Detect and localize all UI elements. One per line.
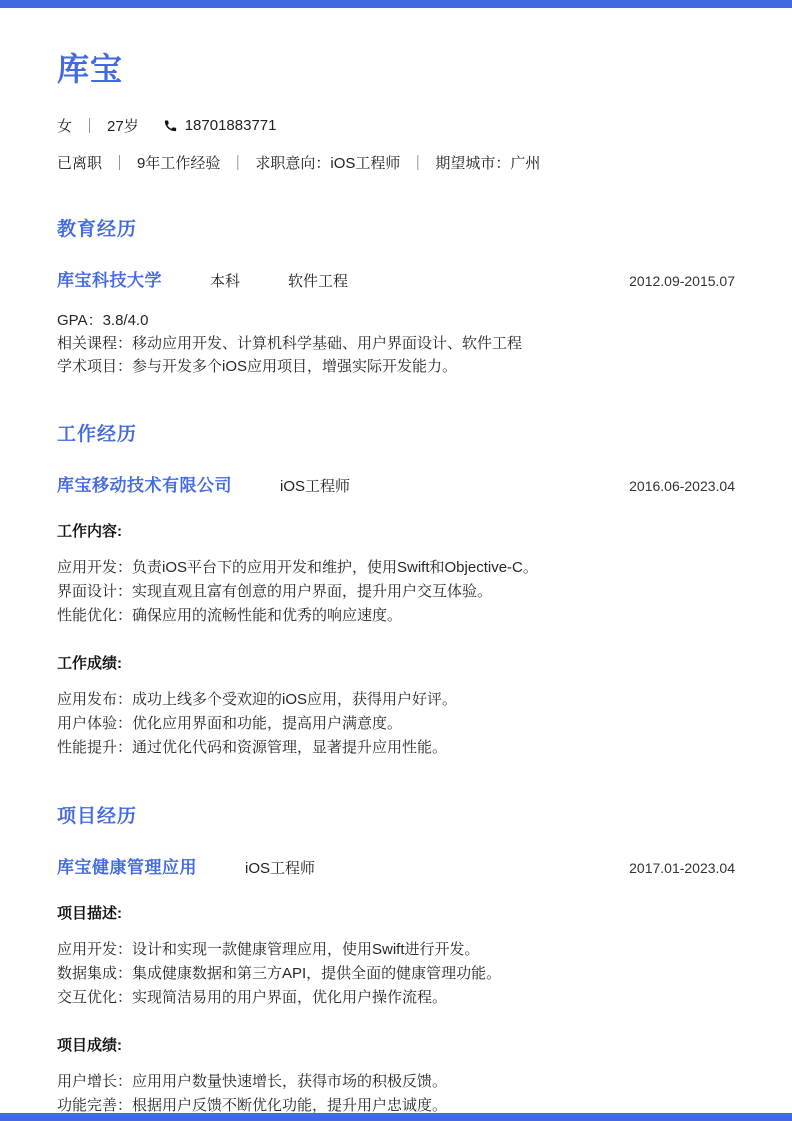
major-value: 软件工程 (288, 270, 348, 291)
resume-page: 库宝 女 ｜ 27岁 18701883771 已离职 ｜ 9年工作经验 ｜ 求职… (0, 0, 792, 1118)
section-title-work: 工作经历 (57, 423, 735, 447)
resume-content: 库宝 女 ｜ 27岁 18701883771 已离职 ｜ 9年工作经验 ｜ 求职… (0, 0, 792, 1118)
work-result-details: 应用发布：成功上线多个受欢迎的iOS应用，获得用户好评。 用户体验：优化应用界面… (57, 688, 735, 760)
education-detail-courses: 相关课程：移动应用开发、计算机科学基础、用户界面设计、软件工程 (57, 332, 735, 355)
work-result-item: 性能提升：通过优化代码和资源管理，显著提升应用性能。 (57, 736, 735, 760)
project-section: 项目经历 库宝健康管理应用 iOS工程师 2017.01-2023.04 项目描… (57, 805, 735, 1118)
project-entry-row: 库宝健康管理应用 iOS工程师 2017.01-2023.04 (57, 853, 735, 878)
work-content-item: 应用开发：负责iOS平台下的应用开发和维护，使用Swift和Objective-… (57, 556, 735, 580)
bottom-accent-bar (0, 1113, 792, 1121)
project-result-label: 项目成绩: (57, 1034, 735, 1055)
basic-info-line: 女 ｜ 27岁 18701883771 (57, 115, 735, 136)
section-title-education: 教育经历 (57, 218, 735, 242)
work-result-label: 工作成绩: (57, 652, 735, 673)
work-role: iOS工程师 (280, 475, 350, 496)
project-result-details: 用户增长：应用用户数量快速增长，获得市场的积极反馈。 功能完善：根据用户反馈不断… (57, 1070, 735, 1118)
phone-block: 18701883771 (163, 117, 277, 134)
separator: ｜ (230, 152, 245, 173)
work-content-details: 应用开发：负责iOS平台下的应用开发和维护，使用Swift和Objective-… (57, 556, 735, 628)
top-accent-bar (0, 0, 792, 8)
education-section: 教育经历 库宝科技大学 本科 软件工程 2012.09-2015.07 GPA：… (57, 218, 735, 378)
separator: ｜ (112, 152, 127, 173)
education-detail-gpa: GPA：3.8/4.0 (57, 309, 735, 332)
separator: ｜ (82, 115, 97, 136)
degree-value: 本科 (210, 270, 240, 291)
work-section: 工作经历 库宝移动技术有限公司 iOS工程师 2016.06-2023.04 工… (57, 423, 735, 760)
project-result-item: 用户增长：应用用户数量快速增长，获得市场的积极反馈。 (57, 1070, 735, 1094)
gender-value: 女 (57, 115, 72, 136)
project-role: iOS工程师 (245, 857, 315, 878)
project-desc-label: 项目描述: (57, 902, 735, 923)
experience-years: 9年工作经验 (137, 152, 220, 173)
phone-icon (163, 118, 178, 133)
separator: ｜ (410, 152, 425, 173)
project-period: 2017.01-2023.04 (629, 860, 735, 876)
education-details: GPA：3.8/4.0 相关课程：移动应用开发、计算机科学基础、用户界面设计、软… (57, 309, 735, 378)
project-name: 库宝健康管理应用 (57, 853, 197, 878)
work-period: 2016.06-2023.04 (629, 478, 735, 494)
work-entry-row: 库宝移动技术有限公司 iOS工程师 2016.06-2023.04 (57, 471, 735, 496)
work-result-item: 应用发布：成功上线多个受欢迎的iOS应用，获得用户好评。 (57, 688, 735, 712)
section-title-project: 项目经历 (57, 805, 735, 829)
education-entry-row: 库宝科技大学 本科 软件工程 2012.09-2015.07 (57, 266, 735, 291)
education-detail-academic: 学术项目：参与开发多个iOS应用项目，增强实际开发能力。 (57, 355, 735, 378)
status-line: 已离职 ｜ 9年工作经验 ｜ 求职意向：iOS工程师 ｜ 期望城市：广州 (57, 152, 735, 173)
education-period: 2012.09-2015.07 (629, 273, 735, 289)
work-content-item: 界面设计：实现直观且富有创意的用户界面，提升用户交互体验。 (57, 580, 735, 604)
job-intention: 求职意向：iOS工程师 (255, 152, 400, 173)
age-value: 27岁 (107, 115, 139, 136)
job-status: 已离职 (57, 152, 102, 173)
project-desc-item: 数据集成：集成健康数据和第三方API，提供全面的健康管理功能。 (57, 962, 735, 986)
project-desc-item: 应用开发：设计和实现一款健康管理应用，使用Swift进行开发。 (57, 938, 735, 962)
work-content-label: 工作内容: (57, 520, 735, 541)
phone-number: 18701883771 (185, 117, 277, 134)
expected-city: 期望城市：广州 (435, 152, 540, 173)
work-result-item: 用户体验：优化应用界面和功能，提高用户满意度。 (57, 712, 735, 736)
work-content-item: 性能优化：确保应用的流畅性能和优秀的响应速度。 (57, 604, 735, 628)
project-desc-item: 交互优化：实现简洁易用的用户界面，优化用户操作流程。 (57, 986, 735, 1010)
company-name: 库宝移动技术有限公司 (57, 471, 232, 496)
candidate-name: 库宝 (57, 50, 735, 88)
project-desc-details: 应用开发：设计和实现一款健康管理应用，使用Swift进行开发。 数据集成：集成健… (57, 938, 735, 1010)
school-name: 库宝科技大学 (57, 266, 162, 291)
